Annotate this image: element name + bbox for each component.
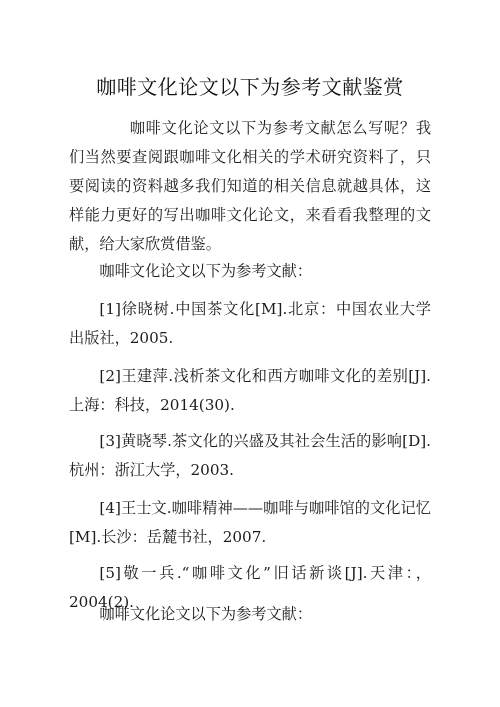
intro-paragraph: 咖啡文化论文以下为参考文献怎么写呢？我们当然要查阅跟咖啡文化相关的学术研究资料了… (69, 114, 431, 259)
document-page: 咖啡文化论文以下为参考文献鉴赏 咖啡文化论文以下为参考文献怎么写呢？我们当然要查… (0, 0, 500, 707)
reference-item: [4]王士文.咖啡精神——咖啡与咖啡馆的文化记忆[M].长沙：岳麓书社，2007… (69, 494, 431, 552)
section-heading: 咖啡文化论文以下为参考文献： (69, 257, 431, 286)
reference-item: [3]黄晓琴.茶文化的兴盛及其社会生活的影响[D].杭州：浙江大学，2003. (69, 427, 431, 485)
page-title: 咖啡文化论文以下为参考文献鉴赏 (0, 72, 500, 102)
reference-item: [1]徐晓树.中国茶文化[M].北京：中国农业大学出版社，2005. (69, 295, 431, 353)
reference-item: [2]王建萍.浅析茶文化和西方咖啡文化的差别[J].上海：科技，2014(30)… (69, 362, 431, 420)
section-heading: 咖啡文化论文以下为参考文献： (69, 600, 431, 629)
